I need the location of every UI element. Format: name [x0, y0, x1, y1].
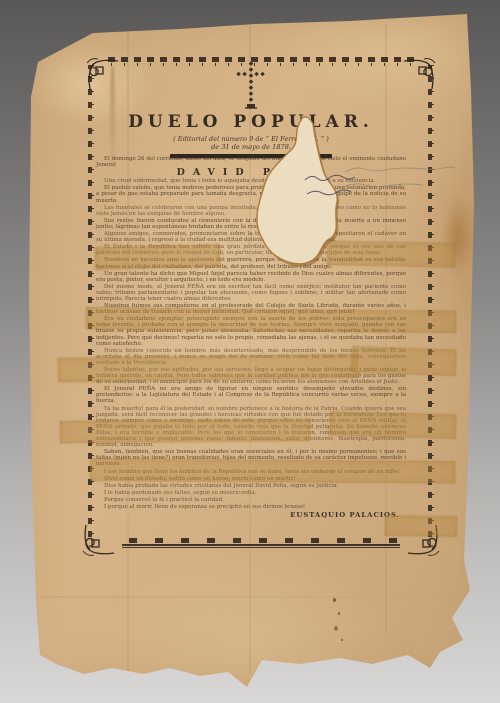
- tape-strip: [385, 515, 457, 536]
- tape-strip: [90, 459, 455, 484]
- body-paragraph: Del mismo modo, el Jeneral PEÑA era un e…: [96, 284, 406, 302]
- closing-line: I porque al morir, lleno de esperanza se…: [96, 504, 406, 510]
- closing-line: I le había perdonado sus faltas, según s…: [96, 490, 406, 496]
- memorial-cross-icon: [234, 60, 268, 110]
- tape-strip: [330, 411, 457, 438]
- railroad-garland-icon: [122, 538, 400, 549]
- photo-scene: { "scene": { "background_top_color": "#5…: [0, 0, 500, 703]
- tape-strip: [95, 244, 221, 269]
- body-paragraph: El Jeneral PEÑA no era amigo de figurar …: [96, 386, 406, 404]
- tape-strip: [60, 419, 310, 443]
- corner-scroll-icon: [402, 55, 438, 91]
- stain-speck: [333, 598, 336, 602]
- stain-speck: [338, 612, 340, 615]
- stain-speck: [334, 626, 338, 631]
- signature: EUSTAQUIO PALACIOS.: [96, 512, 406, 518]
- tape-strip: [352, 346, 457, 376]
- corner-scroll-icon: [80, 523, 116, 559]
- fold-crease: [40, 596, 460, 598]
- stain-speck: [341, 639, 343, 641]
- closing-line: Porque conservó la fé i practicó la cari…: [96, 497, 406, 503]
- broadside-paper: DUELO POPULAR. ( Editorial del número 9 …: [0, 0, 500, 703]
- tape-strip: [327, 241, 455, 267]
- closing-line: Dios había probado las virtudes cristian…: [96, 483, 406, 489]
- handwritten-pencil-note: [343, 167, 455, 187]
- tape-strip: [86, 307, 456, 333]
- tape-strip: [58, 354, 358, 382]
